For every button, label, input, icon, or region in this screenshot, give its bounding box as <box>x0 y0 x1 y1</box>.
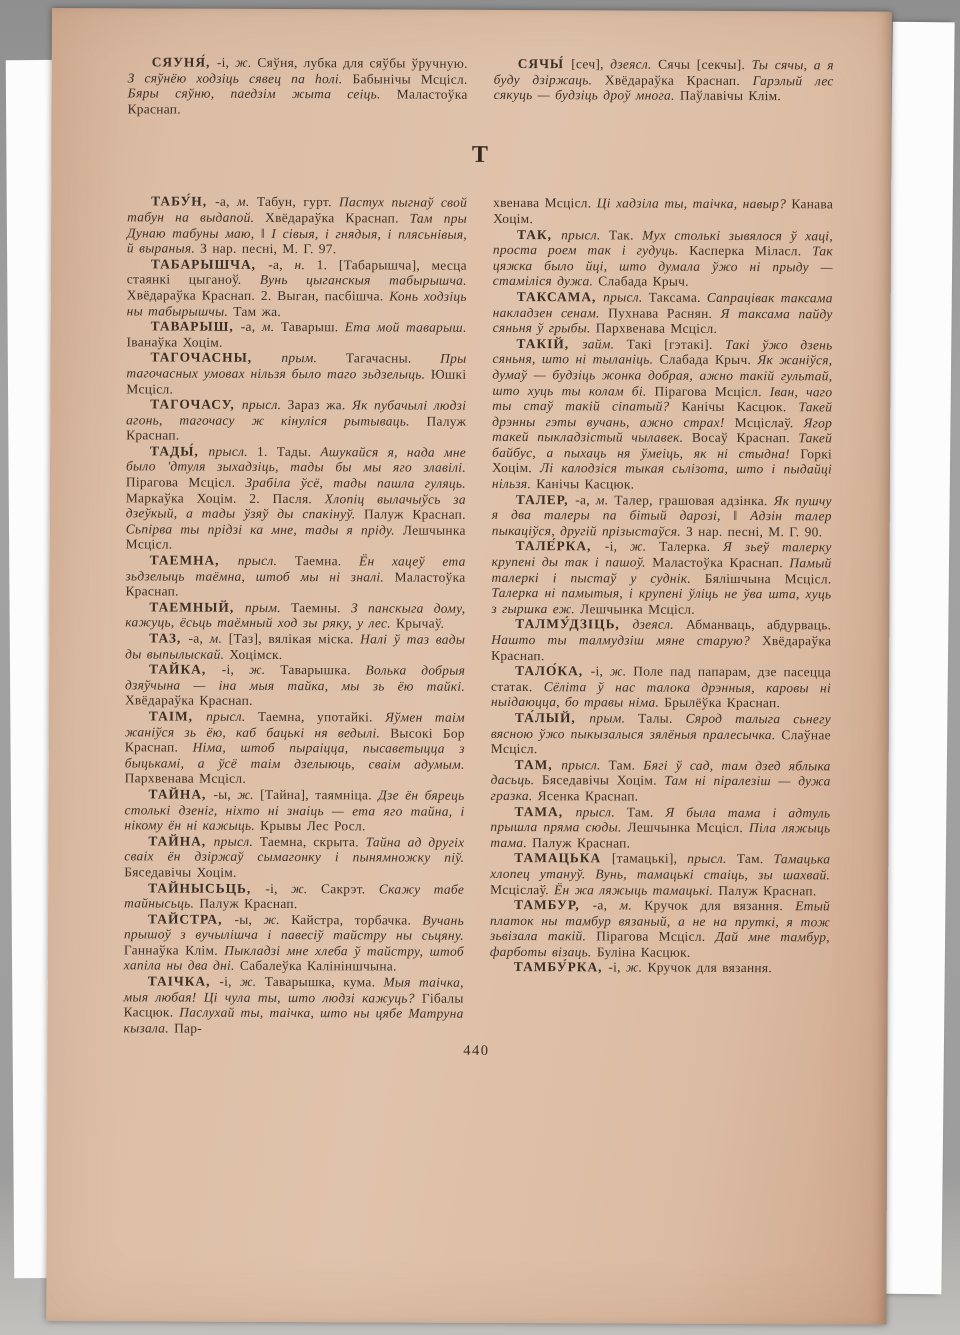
headword: ТАБУ́Н, <box>151 194 215 209</box>
example-text: прысл. <box>209 444 258 459</box>
body-text: Таварышка, кума. <box>265 974 384 990</box>
example-text: ж. <box>235 55 257 70</box>
body-text: Бабынічы Мсцісл. <box>352 71 467 87</box>
example-text: прым. <box>589 710 638 725</box>
body-text: Брылёўка Краснап. <box>664 695 780 711</box>
body-text: Слабада Крыч. <box>660 352 758 367</box>
body-text: Ганнаўка Клім. <box>124 942 224 957</box>
example-text: Ён жа ляжыць тамацькі. <box>554 882 718 898</box>
example-text: ж. <box>626 960 648 975</box>
headword: ТАМБУР, <box>514 897 593 912</box>
dictionary-entry: ТАЙСТРА, -ы, ж. Кайстра, торбачка. Вучан… <box>124 911 464 975</box>
body-text: Канічы Касцюк. <box>682 399 799 415</box>
body-text: Там. <box>737 851 774 866</box>
dictionary-entry: ТАКСАМА, прысл. Таксама. Сапрацівак такс… <box>493 289 833 337</box>
example-text: ж. <box>630 539 659 554</box>
headword: ТАКСАМА, <box>517 289 604 304</box>
dictionary-columns: ТАБУ́Н, -а, м. Табун, гурт. Пастух пыгна… <box>124 194 834 1039</box>
example-text: Ета мой таварыш. <box>345 319 467 335</box>
body-text: -а, <box>188 631 209 646</box>
body-text: -а, <box>593 897 620 912</box>
example-text: прым. <box>281 350 345 365</box>
body-text: З нар. песні, М. Г. 90. <box>686 524 822 540</box>
body-text: Сячы [секчы]. <box>658 57 752 72</box>
body-text: Хвёдараўка Краснап. 2. Выган, пасбішча. <box>127 287 390 303</box>
body-text: Маластоўка Краснап. <box>652 555 789 571</box>
example-text: Вунь цыганскыя табырышча. <box>260 272 467 288</box>
body-text: Таксама. <box>649 290 707 305</box>
body-text: Таемна, употайкі. <box>258 709 385 725</box>
body-text: Абманваць, абдурваць. <box>686 617 831 633</box>
body-text: Мсціслаў. <box>735 415 804 430</box>
body-text: Таемна. <box>295 553 359 568</box>
example-text: Нашто ты талмудзіш мяне старую? <box>491 632 762 648</box>
dictionary-entry: ТАВАРЫШ, -а, м. Таварыш. Ета мой таварыш… <box>127 318 467 351</box>
body-text: Лешчынка Мсцісл. <box>628 820 750 836</box>
body-text: -а, <box>268 257 294 272</box>
body-text: Кайстра, торбачка. <box>291 912 422 928</box>
dictionary-entry: ТАМА, прысл. Там. Я была тама і адтуль п… <box>490 803 830 851</box>
body-text: Пірагова Мсцісл. <box>596 929 715 945</box>
body-text: Бяседавічы Хоцім. <box>124 864 237 879</box>
body-text: Талерка. <box>659 539 723 554</box>
top-left-entries: СЯУНЯ́, -і, ж. Сяўня, лубка для сяўбы ўр… <box>128 54 468 118</box>
headword: ТАГОЧАСУ, <box>150 397 242 412</box>
body-text: Восаў Краснап. <box>692 430 799 445</box>
example-text: прысл. <box>603 289 649 304</box>
dictionary-entry: ТАЕМНА, прысл. Таемна. Ён хацеў ета зьдз… <box>125 552 465 600</box>
body-text: -а, <box>241 319 262 334</box>
body-text: Сакрэт. <box>321 881 379 896</box>
body-text: [сеч], <box>571 56 610 71</box>
headword: ТАМАЦЬКА <box>514 850 612 865</box>
headword: ТАМА, <box>514 804 575 819</box>
headword: ТАЕМНЫЙ, <box>149 599 245 614</box>
dictionary-entry: ТАБАРЫШЧА, -а, н. 1. [Табарышча], месца … <box>127 256 467 320</box>
dictionary-entry: хвенава Мсцісл. Ці хадзіла ты, таічка, н… <box>493 195 833 228</box>
body-text: Буліна Касцюк. <box>597 944 691 959</box>
body-text: [Таз], вялікая міска. <box>229 631 361 647</box>
body-text: Пухнава Раснян. <box>608 305 721 320</box>
body-text: Талы. <box>638 711 685 726</box>
body-text: Кручок для вязання. <box>644 898 795 914</box>
example-text: прысл. <box>576 804 627 819</box>
headword: ТАЛМУ́ДЗІЦЬ, <box>515 616 632 632</box>
headword: ТАК, <box>517 227 561 242</box>
headword: ТАЛЕР, <box>516 492 575 507</box>
dictionary-entry: ТАЙНА, прысл. Таемна, скрыта. Тайна ад д… <box>124 833 464 881</box>
body-text: [тамацькі], <box>612 851 687 866</box>
body-text: Бялішчына Мсцісл. <box>705 570 832 586</box>
section-letter: Т <box>127 141 833 171</box>
body-text: Пірагова Мсцісл. <box>126 474 246 490</box>
body-text: Крычаў. <box>396 616 444 631</box>
headword: ТАДЫ́, <box>150 443 209 458</box>
headword: ТАЕМНА, <box>150 552 238 567</box>
headword: ТАМ, <box>515 757 562 772</box>
body-text: Слабада Крыч. <box>598 274 689 289</box>
example-text: м. <box>620 898 645 913</box>
body-text: Хвёдараўка Краснап. <box>125 693 253 709</box>
example-text: Зрабіла ўсё, тады пашла гуляць. <box>245 475 466 491</box>
body-text: З нар. песні, М. Г. 97. <box>200 241 336 257</box>
example-text: прым. <box>245 600 291 615</box>
body-text: Мсціслаў. <box>490 881 554 896</box>
headword: СЯЧЫ́ <box>518 56 572 71</box>
dictionary-entry: ТА́ЛЫЙ, прым. Талы. Сярод талыга сьнегу … <box>491 710 831 758</box>
dictionary-entry: ТАЛМУ́ДЗІЦЬ, дзеясл. Абманваць, абдурвац… <box>491 616 831 664</box>
headword: ТАЛЕ́РКА, <box>516 538 605 553</box>
dictionary-entry: СЯЧЫ́ [сеч], дзеясл. Сячы [секчы]. Ты ся… <box>494 56 834 104</box>
body-text: -і, <box>605 539 630 554</box>
example-text: дзеясл. <box>610 56 658 71</box>
left-column: ТАБУ́Н, -а, м. Табун, гурт. Пастух пыгна… <box>124 194 468 1038</box>
body-text: Канічы Касцюк. <box>536 476 634 491</box>
headword: ТА́ЛЫЙ, <box>515 710 590 725</box>
book-page: СЯУНЯ́, -і, ж. Сяўня, лубка для сяўбы ўр… <box>46 8 892 1325</box>
dictionary-entry: ТАМ, прысл. Там. Бягі ў сад, там дзед яб… <box>491 757 831 805</box>
example-text: м. <box>237 194 257 209</box>
body-text: Талер, грашовая адзінка. <box>614 492 773 508</box>
example-text: прысл. <box>238 553 295 568</box>
body-text: 1. Тады. <box>257 444 320 459</box>
dictionary-entry: ТАЙНЫСЬЦЬ, -і, ж. Сакрэт. Скажу табе тай… <box>124 880 464 913</box>
body-text: Палуж Краснап. <box>364 507 466 522</box>
page-number: 440 <box>123 1042 829 1062</box>
example-text: м. <box>262 319 281 334</box>
headword: ТАВАРЫШ, <box>151 319 241 334</box>
body-text: Там. <box>608 757 643 772</box>
dictionary-entry: ТАЙНА, -ы, ж. [Тайна], таямніца. Дзе ён … <box>124 786 464 834</box>
body-text: Таемны. <box>291 600 351 615</box>
body-text: Тагачасны. <box>346 351 440 366</box>
body-text: Хвёдараўка Краснап. <box>265 210 410 226</box>
dictionary-entry: ТАМБУР, -а, м. Кручок для вязання. Етый … <box>490 897 830 961</box>
headword: ТАЛО́КА, <box>515 663 591 678</box>
example-text: прысл. <box>242 397 288 412</box>
previous-section-continuation: СЯУНЯ́, -і, ж. Сяўня, лубка для сяўбы ўр… <box>128 54 834 119</box>
dictionary-entry: ТАГОЧАСНЫ, прым. Тагачасны. Пры тагочасн… <box>126 350 466 398</box>
dictionary-entry: ТАЛЕ́РКА, -і, ж. Талерка. Я зьеў талерку… <box>491 538 831 617</box>
body-text: Пархвенава Мсцісл. <box>596 321 717 337</box>
body-text: -і, <box>591 664 610 679</box>
dictionary-entry: ТАДЫ́, прысл. 1. Тады. Ашукайся я, нада … <box>126 443 466 554</box>
body-text: Таемна, скрыта. <box>260 834 366 849</box>
body-text: Так. <box>609 227 642 242</box>
example-text: Ці хадзіла ты, таічка, навыр? <box>597 196 792 212</box>
body-text: -і, <box>222 662 249 677</box>
body-text: Палуж Краснап. <box>532 835 630 850</box>
body-text: Бяседавічы Хоцім. <box>542 772 664 788</box>
example-text: прысл. <box>561 757 608 772</box>
headword: ТАМБУ́РКА, <box>514 959 609 974</box>
headword: ТАЙСТРА, <box>148 911 235 926</box>
body-text: Пархвенава Мсцісл. <box>125 771 246 787</box>
example-text: займ. <box>582 336 626 351</box>
body-text: Такі [гэтакі]. <box>627 336 725 351</box>
body-text: -і, <box>265 880 291 895</box>
dictionary-entry: ТАІЧКА, -і, ж. Таварышка, кума. Мыя таіч… <box>124 973 464 1037</box>
headword: ТАЙКА, <box>149 662 222 677</box>
dictionary-entry: ТАМБУ́РКА, -і, ж. Кручок для вязання. <box>490 959 830 976</box>
example-text: м. <box>596 492 615 507</box>
body-text: Паўлавічы Клім. <box>680 88 781 103</box>
right-column: хвенава Мсцісл. Ці хадзіла ты, таічка, н… <box>490 195 834 1039</box>
body-text: -ы, <box>213 787 237 802</box>
example-text: ж. <box>237 787 260 802</box>
headword: ТАЙНА, <box>149 786 214 801</box>
example-text: Сьпірва ты прідзі ка мне, тады я пріду. <box>126 521 403 537</box>
body-text: Сяўня, лубка для сяўбы ўручную. <box>257 55 467 71</box>
top-right-entries: СЯЧЫ́ [сеч], дзеясл. Сячы [секчы]. Ты ся… <box>494 56 834 120</box>
headword: ТАКІЙ, <box>517 336 583 351</box>
headword: ТАБАРЫШЧА, <box>151 256 269 272</box>
body-text: Кручок для вязання. <box>647 960 772 976</box>
example-text: прысл. <box>561 227 609 242</box>
body-text: [Тайна], таямніца. <box>260 787 378 803</box>
dictionary-entry: ТАГОЧАСУ, прысл. Зараз жа. Як пубачылі л… <box>126 396 466 444</box>
body-text: -і, <box>608 960 626 975</box>
example-text: прысл. <box>687 851 736 866</box>
body-text: Палуж Краснап. <box>718 882 816 897</box>
example-text: прысл. <box>214 833 260 848</box>
dictionary-entry: ТАК, прысл. Так. Мух столькі зывялося ў … <box>493 226 833 290</box>
body-text: Іванаўка Хоцім. <box>127 334 223 349</box>
headword: ТАІМ, <box>149 708 206 723</box>
body-text: Пар- <box>174 1020 202 1035</box>
body-text: Пірагова Мсцісл. <box>655 383 770 399</box>
body-text: Таварышка. <box>280 662 365 677</box>
example-text: н. <box>295 257 317 272</box>
body-text: -а, <box>575 492 596 507</box>
example-text: м. <box>210 631 229 646</box>
headword: ТАІЧКА, <box>148 973 220 988</box>
body-text: Крывы Лес Росл. <box>260 818 366 833</box>
body-text: Сабалеўка Калініншчына. <box>240 958 397 974</box>
dictionary-entry: ТАБУ́Н, -а, м. Табун, гурт. Пастух пыгна… <box>127 194 467 258</box>
dictionary-entry: ТАЗ, -а, м. [Таз], вялікая міска. Налі ў… <box>125 630 465 663</box>
headword: ТАЙНА, <box>148 833 213 848</box>
dictionary-entry: ТАМАЦЬКА [тамацькі], прысл. Там. Тамацьк… <box>490 850 830 898</box>
dictionary-entry: ТАЙКА, -і, ж. Таварышка. Волька добрыя д… <box>125 662 465 710</box>
body-text: -ы, <box>234 911 263 926</box>
body-text: хвенава Мсцісл. <box>493 195 597 210</box>
body-text: Таварыш. <box>281 319 345 334</box>
dictionary-entry: ТАКІЙ, займ. Такі [гэтакі]. Такі ўжо дзе… <box>492 336 833 493</box>
dictionary-entry: СЯУНЯ́, -і, ж. Сяўня, лубка для сяўбы ўр… <box>128 54 468 118</box>
body-text: -а, <box>215 194 237 209</box>
dictionary-entry: ТАІМ, прысл. Таемна, употайкі. Яўмен таі… <box>125 708 465 787</box>
example-text: Бяры сяўню, паедзім жыта сеіць. <box>128 86 397 102</box>
body-text: Палуж Краснап. <box>199 896 297 911</box>
headword: ТАЗ, <box>149 630 188 645</box>
dictionary-entry: ТАЕМНЫЙ, прым. Таемны. З панскыга дому, … <box>125 599 465 632</box>
example-text: дзеясл. <box>633 617 687 632</box>
headword: СЯУНЯ́, <box>152 54 217 69</box>
body-text: Хоцімск. <box>229 646 282 661</box>
dictionary-entry: ТАЛЕР, -а, м. Талер, грашовая адзінка. Я… <box>492 492 832 540</box>
headword: ТАЙНЫСЬЦЬ, <box>148 880 265 896</box>
example-text: ж. <box>291 881 321 896</box>
body-text: -і, <box>219 974 240 989</box>
example-text: ж. <box>610 664 633 679</box>
body-text: Хвёдараўка Краснап. <box>605 72 753 88</box>
dictionary-entry: ТАЛО́КА, -і, ж. Поле пад папарам, дзе па… <box>491 663 831 711</box>
example-text: З сяўнёю ходзіць сявец па hолі. <box>128 70 353 86</box>
body-text: Там жа. <box>233 303 281 318</box>
headword: ТАГОЧАСНЫ, <box>150 350 281 366</box>
body-text: Зараз жа. <box>288 397 352 412</box>
body-text: Маркаўка Хоцім. 2. Пасля. <box>126 490 325 506</box>
example-text: ж. <box>240 974 265 989</box>
body-text: Табун, гурт. <box>257 194 339 209</box>
body-text: Лешчынка Мсцісл. <box>580 601 695 617</box>
example-text: ж. <box>249 662 280 677</box>
example-text: прысл. <box>206 709 258 724</box>
body-text: Там. <box>627 804 666 819</box>
body-text: -і, <box>217 55 235 70</box>
example-text: ж. <box>263 912 291 927</box>
body-text: Касперка Міласл. <box>689 243 812 259</box>
body-text: Ясенка Краснап. <box>538 788 639 803</box>
